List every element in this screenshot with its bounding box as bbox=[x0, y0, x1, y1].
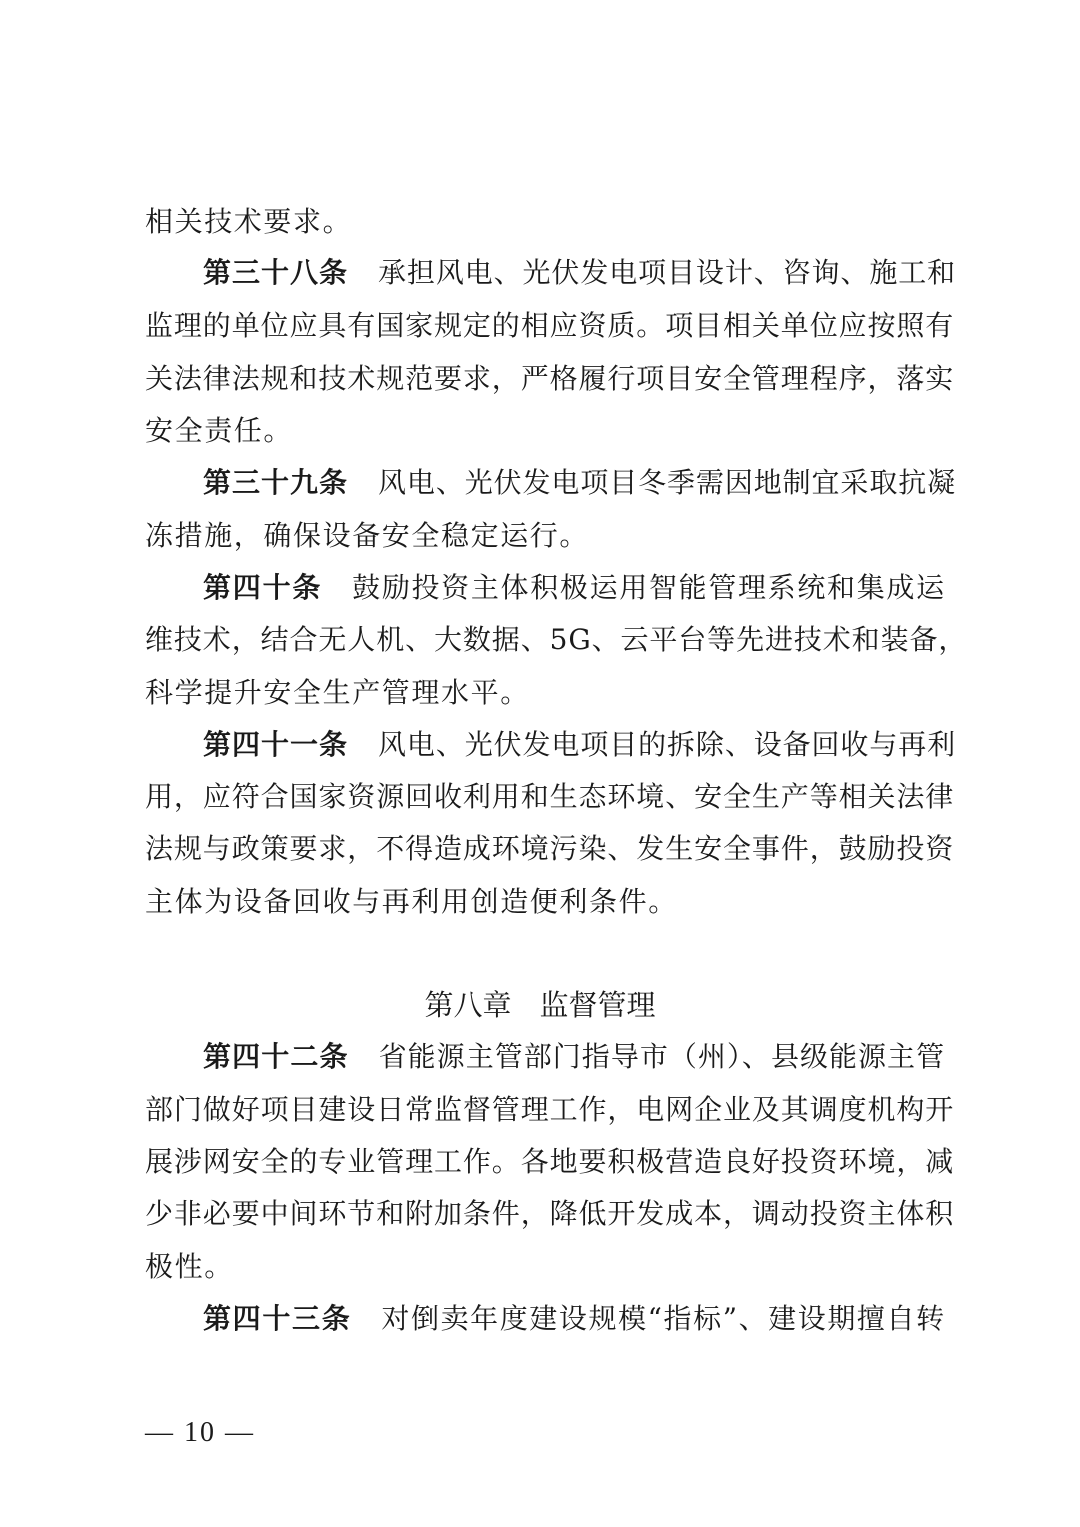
paragraph-line: 安全责任。 bbox=[145, 411, 945, 451]
page-number: — 10 — bbox=[145, 1413, 255, 1453]
paragraph-line: 展涉网安全的专业管理工作。各地要积极营造良好投资环境，减 bbox=[145, 1142, 945, 1182]
paragraph-line: 科学提升安全生产管理水平。 bbox=[145, 673, 945, 713]
paragraph-line: 部门做好项目建设日常监督管理工作，电网企业及其调度机构开 bbox=[145, 1090, 945, 1130]
article-label: 第四十二条 bbox=[203, 1040, 349, 1073]
article-text: 承担风电、光伏发电项目设计、咨询、施工和 bbox=[378, 256, 956, 289]
article-38-first-line: 第三十八条承担风电、光伏发电项目设计、咨询、施工和 bbox=[203, 253, 945, 293]
paragraph-line: 法规与政策要求，不得造成环境污染、发生安全事件，鼓励投资 bbox=[145, 829, 945, 869]
paragraph-line: 用，应符合国家资源回收利用和生态环境、安全生产等相关法律 bbox=[145, 777, 945, 817]
paragraph-line: 冻措施，确保设备安全稳定运行。 bbox=[145, 516, 945, 556]
article-41-first-line: 第四十一条风电、光伏发电项目的拆除、设备回收与再利 bbox=[203, 725, 945, 765]
article-42-first-line: 第四十二条省能源主管部门指导市（州）、县级能源主管 bbox=[203, 1037, 945, 1077]
article-label: 第三十九条 bbox=[203, 466, 348, 499]
chapter-number: 第八章 bbox=[424, 988, 511, 1022]
paragraph-line: 监理的单位应具有国家规定的相应资质。项目相关单位应按照有 bbox=[145, 306, 945, 346]
chapter-name: 监督管理 bbox=[540, 988, 656, 1022]
paragraph-line: 主体为设备回收与再利用创造便利条件。 bbox=[145, 882, 945, 922]
article-label: 第三十八条 bbox=[203, 256, 348, 289]
article-label: 第四十三条 bbox=[203, 1302, 351, 1335]
chapter-heading: 第八章监督管理 bbox=[0, 985, 1080, 1025]
paragraph-line: 关法律法规和技术规范要求，严格履行项目安全管理程序，落实 bbox=[145, 359, 945, 399]
article-text: 对倒卖年度建设规模“指标”、建设期擅自转 bbox=[381, 1302, 945, 1335]
article-43-first-line: 第四十三条对倒卖年度建设规模“指标”、建设期擅自转 bbox=[203, 1299, 945, 1339]
article-text: 风电、光伏发电项目的拆除、设备回收与再利 bbox=[378, 728, 956, 761]
article-39-first-line: 第三十九条风电、光伏发电项目冬季需因地制宜采取抗凝 bbox=[203, 463, 945, 503]
paragraph-line: 相关技术要求。 bbox=[145, 202, 945, 242]
paragraph-line: 维技术，结合无人机、大数据、5G、云平台等先进技术和装备， bbox=[145, 620, 945, 660]
article-text: 鼓励投资主体积极运用智能管理系统和集成运 bbox=[352, 571, 945, 604]
article-label: 第四十一条 bbox=[203, 728, 348, 761]
paragraph-line: 极性。 bbox=[145, 1247, 945, 1287]
article-40-first-line: 第四十条鼓励投资主体积极运用智能管理系统和集成运 bbox=[203, 568, 945, 608]
document-page: 相关技术要求。 第三十八条承担风电、光伏发电项目设计、咨询、施工和 监理的单位应… bbox=[0, 0, 1080, 1527]
article-text: 省能源主管部门指导市（州）、县级能源主管 bbox=[379, 1040, 945, 1073]
article-text: 风电、光伏发电项目冬季需因地制宜采取抗凝 bbox=[378, 466, 956, 499]
paragraph-line: 少非必要中间环节和附加条件，降低开发成本，调动投资主体积 bbox=[145, 1194, 945, 1234]
article-label: 第四十条 bbox=[203, 571, 322, 604]
